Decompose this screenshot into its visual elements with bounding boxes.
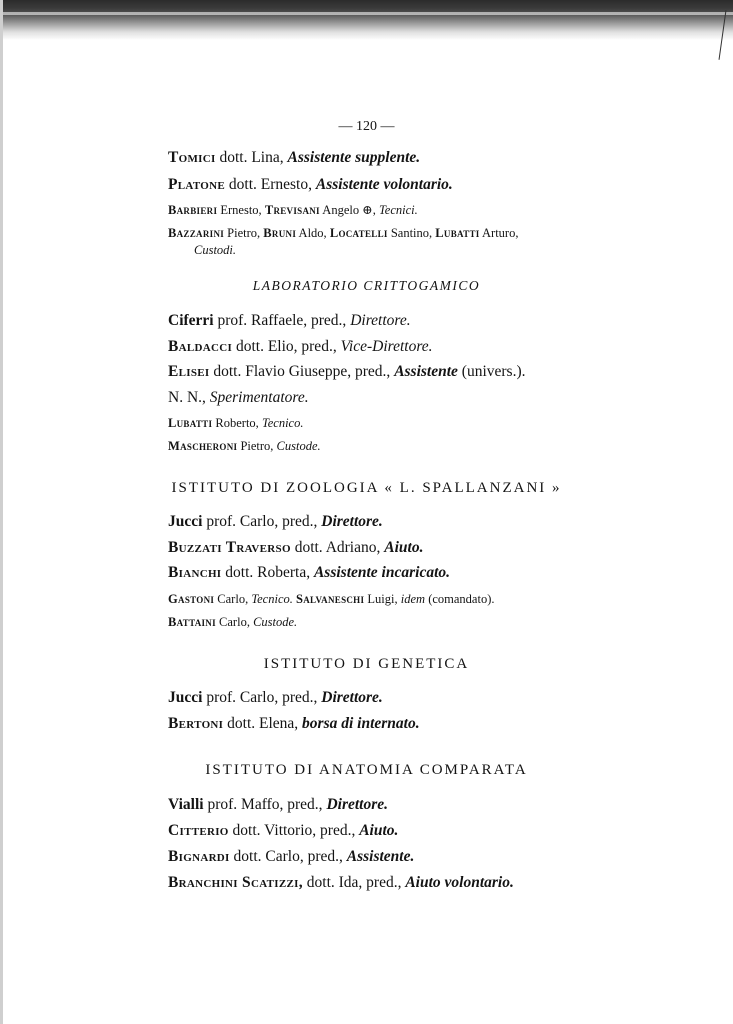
surname: Gastoni [168,592,214,606]
surname: Bertoni [168,715,223,732]
entry-line: Vialli prof. Maffo, pred., Direttore. [168,795,388,815]
entry-text: Arturo, [480,226,519,240]
role: Tecnico. [251,592,293,606]
surname: Baldacci [168,338,232,355]
entry-line: Bignardi dott. Carlo, pred., Assistente. [168,847,414,867]
entry-text: Luigi, [364,592,400,606]
entry-text: Santino, [388,226,436,240]
surname: Buzzati Traverso [168,539,291,556]
entry-text: Roberto, [212,416,262,430]
entry-text: dott. Adriano, [291,539,384,556]
surname: Mascheroni [168,439,237,453]
surname: Salvaneschi [296,592,364,606]
entry-text: dott. Lina, [216,149,288,166]
role: Direttore. [321,689,383,706]
entry-text: dott. Elio, pred., [232,338,341,355]
surname: Citterio [168,822,229,839]
role: Tecnici. [379,203,418,217]
surname: Bazzarini [168,226,224,240]
section-heading: ISTITUTO DI ANATOMIA COMPARATA [0,760,733,780]
role: Direttore. [326,796,388,813]
page-number: — 120 — [0,117,733,137]
entry-note: (comandato). [425,592,494,606]
entry-continuation: Custodi. [194,240,236,260]
entry-line: Gastoni Carlo, Tecnico. Salvaneschi Luig… [168,589,494,609]
role: Assistente [394,363,458,380]
entry-line: Mascheroni Pietro, Custode. [168,436,321,456]
role: Direttore. [321,513,383,530]
entry-line: Elisei dott. Flavio Giuseppe, pred., Ass… [168,362,526,382]
entry-text: Pietro, [224,226,263,240]
entry-text: dott. Carlo, pred., [230,848,347,865]
section-heading: ISTITUTO DI ZOOLOGIA « L. SPALLANZANI » [0,478,733,498]
surname: Bruni [263,226,296,240]
entry-line: Ciferri prof. Raffaele, pred., Direttore… [168,311,411,331]
entry-text: Angelo ⊕, [320,203,379,217]
entry-line: Platone dott. Ernesto, Assistente volont… [168,175,453,195]
surname: Branchini Scatizzi, [168,874,303,891]
entry-line: Jucci prof. Carlo, pred., Direttore. [168,512,383,532]
entry-text: dott. Flavio Giuseppe, pred., [210,363,395,380]
entry-line: Branchini Scatizzi, dott. Ida, pred., Ai… [168,873,514,893]
surname: Vialli [168,796,204,813]
role: Assistente volontario. [316,176,453,193]
surname: Battaini [168,615,216,629]
entry-line: Bianchi dott. Roberta, Assistente incari… [168,563,450,583]
entry-text: dott. Elena, [223,715,302,732]
document-page: — 120 — Tomici dott. Lina, Assistente su… [0,0,733,1024]
entry-text: prof. Raffaele, pred., [214,312,351,329]
section-heading: ISTITUTO DI GENETICA [0,654,733,674]
entry-line: Baldacci dott. Elio, pred., Vice-Diretto… [168,337,433,357]
role: Custode. [277,439,321,453]
entry-line: Tomici dott. Lina, Assistente supplente. [168,148,420,168]
role: Direttore. [350,312,410,329]
entry-text: Pietro, [237,439,276,453]
entry-line: Buzzati Traverso dott. Adriano, Aiuto. [168,538,423,558]
surname: Ciferri [168,312,214,329]
surname: Locatelli [330,226,388,240]
role: Aiuto. [384,539,423,556]
entry-line: Battaini Carlo, Custode. [168,612,297,632]
entry-text: Carlo, [214,592,251,606]
role: Vice-Direttore. [341,338,433,355]
surname: Lubatti [168,416,212,430]
role: Assistente. [347,848,415,865]
entry-line: Bertoni dott. Elena, borsa di internato. [168,714,420,734]
role: Aiuto volontario. [405,874,514,891]
entry-text: Aldo, [296,226,330,240]
surname: Barbieri [168,203,217,217]
role: Tecnico. [262,416,304,430]
entry-note: (univers.). [458,363,526,380]
role: Sperimentatore. [210,389,309,406]
surname: Tomici [168,149,216,166]
role: idem [401,592,425,606]
role: Assistente supplente. [288,149,421,166]
entry-text: dott. Roberta, [221,564,314,581]
surname: Elisei [168,363,210,380]
surname: Jucci [168,513,202,530]
surname: Jucci [168,689,202,706]
entry-line: Citterio dott. Vittorio, pred., Aiuto. [168,821,398,841]
entry-text: dott. Ida, pred., [303,874,405,891]
surname: Lubatti [435,226,479,240]
section-heading: LABORATORIO CRITTOGAMICO [0,276,733,296]
entry-line: Lubatti Roberto, Tecnico. [168,413,303,433]
surname: Bianchi [168,564,221,581]
entry-text: prof. Carlo, pred., [202,689,321,706]
entry-text: dott. Vittorio, pred., [229,822,360,839]
role: borsa di internato. [302,715,420,732]
entry-text: prof. Maffo, pred., [204,796,327,813]
surname: Platone [168,176,225,193]
surname: Bignardi [168,848,230,865]
entry-text: Carlo, [216,615,253,629]
surname: Trevisani [265,203,320,217]
role: Custodi. [194,243,236,257]
entry-line: Barbieri Ernesto, Trevisani Angelo ⊕, Te… [168,200,418,220]
entry-line: Jucci prof. Carlo, pred., Direttore. [168,688,383,708]
entry-text: dott. Ernesto, [225,176,316,193]
role: Aiuto. [359,822,398,839]
surname: N. N., [168,389,206,406]
entry-text: prof. Carlo, pred., [202,513,321,530]
entry-text: Ernesto, [217,203,265,217]
role: Custode. [253,615,297,629]
entry-line: N. N., Sperimentatore. [168,388,309,408]
role: Assistente incaricato. [314,564,450,581]
